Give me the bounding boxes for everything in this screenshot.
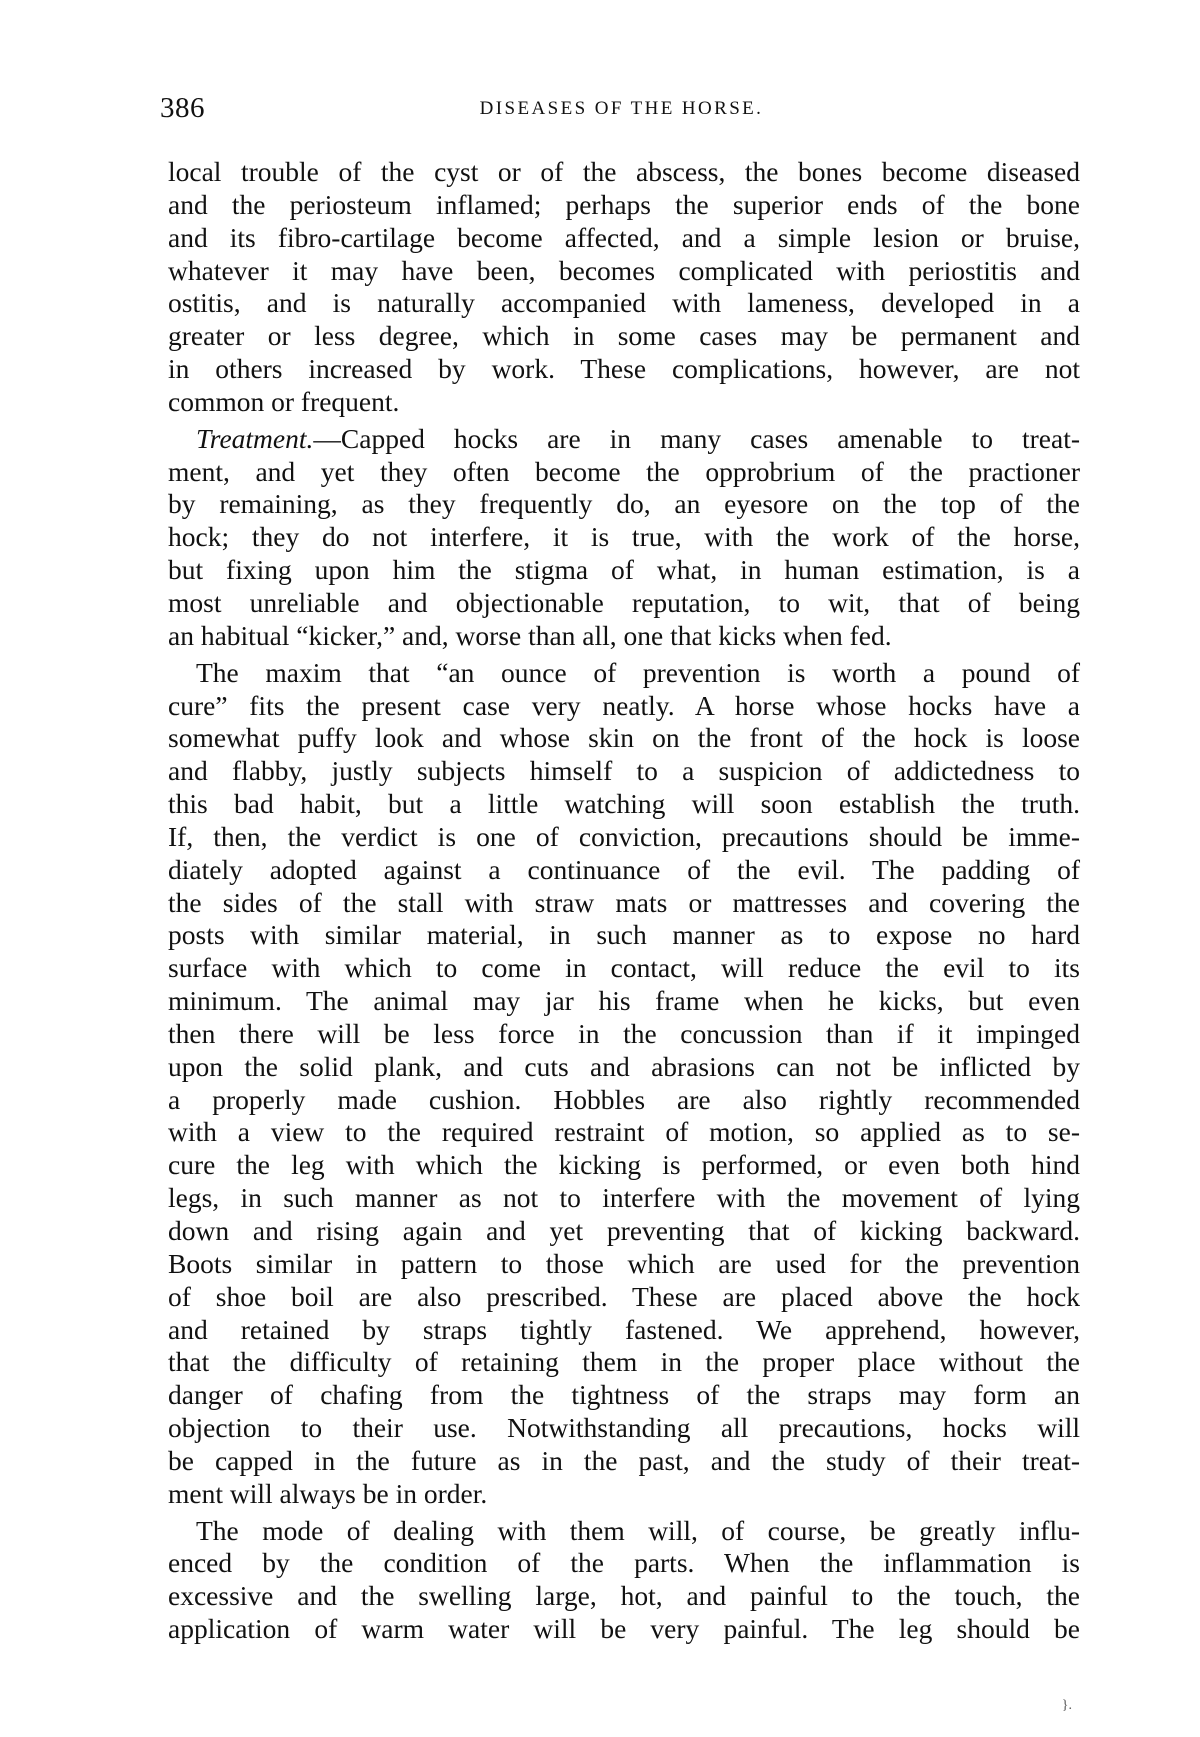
body-text: local trouble of the cyst or of the absc… <box>168 156 1080 1646</box>
text-line: and retained by straps tightly fastened.… <box>168 1314 1080 1347</box>
paragraph-treatment: Treatment.—Capped hocks are in many case… <box>168 423 1080 653</box>
text-line: and flabby, justly subjects himself to a… <box>168 755 1080 788</box>
text-line: and its fibro-cartilage become affected,… <box>168 222 1080 255</box>
text-line: application of warm water will be very p… <box>168 1613 1080 1646</box>
text-line: by remaining, as they frequently do, an … <box>168 488 1080 521</box>
text-line: ostitis, and is naturally accompanied wi… <box>168 287 1080 320</box>
section-lead-italic: Treatment. <box>196 423 313 454</box>
text-line: legs, in such manner as not to interfere… <box>168 1182 1080 1215</box>
text-line: enced by the condition of the parts. Whe… <box>168 1547 1080 1580</box>
text-line: most unreliable and objectionable reputa… <box>168 587 1080 620</box>
text-line: that the difficulty of retaining them in… <box>168 1346 1080 1379</box>
text-line: the sides of the stall with straw mats o… <box>168 887 1080 920</box>
text-line: surface with which to come in contact, w… <box>168 952 1080 985</box>
paragraph-4: The mode of dealing with them will, of c… <box>168 1515 1080 1646</box>
text-line: objection to their use. Notwithstanding … <box>168 1412 1080 1445</box>
paragraph-1: local trouble of the cyst or of the absc… <box>168 156 1080 419</box>
text-line: in others increased by work. These compl… <box>168 353 1080 386</box>
text-line: greater or less degree, which in some ca… <box>168 320 1080 353</box>
text-line: ment, and yet they often become the oppr… <box>168 456 1080 489</box>
text-line: cure” fits the present case very neatly.… <box>168 690 1080 723</box>
text-line: but fixing upon him the stigma of what, … <box>168 554 1080 587</box>
text-line: this bad habit, but a little watching wi… <box>168 788 1080 821</box>
text-line: somewhat puffy look and whose skin on th… <box>168 722 1080 755</box>
text-line: then there will be less force in the con… <box>168 1018 1080 1051</box>
text-line: local trouble of the cyst or of the absc… <box>168 156 1080 189</box>
text-line: The maxim that “an ounce of prevention i… <box>168 657 1080 690</box>
text-line: The mode of dealing with them will, of c… <box>168 1515 1080 1548</box>
scan-edge-mark: }. <box>1062 1698 1072 1714</box>
text-line: of shoe boil are also prescribed. These … <box>168 1281 1080 1314</box>
book-page: 386 DISEASES OF THE HORSE. local trouble… <box>0 0 1200 1737</box>
text-line: danger of chafing from the tightness of … <box>168 1379 1080 1412</box>
text-line: diately adopted against a continuance of… <box>168 854 1080 887</box>
text-line: excessive and the swelling large, hot, a… <box>168 1580 1080 1613</box>
paragraph-3: The maxim that “an ounce of prevention i… <box>168 657 1080 1511</box>
text-line: with a view to the required restraint of… <box>168 1116 1080 1149</box>
text-line: be capped in the future as in the past, … <box>168 1445 1080 1478</box>
text-line: an habitual “kicker,” and, worse than al… <box>168 620 1080 653</box>
text-line: and the periosteum inflamed; perhaps the… <box>168 189 1080 222</box>
text-line: minimum. The animal may jar his frame wh… <box>168 985 1080 1018</box>
text-line: cure the leg with which the kicking is p… <box>168 1149 1080 1182</box>
text-line: down and rising again and yet preventing… <box>168 1215 1080 1248</box>
text-line: If, then, the verdict is one of convicti… <box>168 821 1080 854</box>
text-line: hock; they do not interfere, it is true,… <box>168 521 1080 554</box>
text-line: posts with similar material, in such man… <box>168 919 1080 952</box>
text-line: ment will always be in order. <box>168 1478 1080 1511</box>
text-line: upon the solid plank, and cuts and abras… <box>168 1051 1080 1084</box>
text-line: whatever it may have been, becomes compl… <box>168 255 1080 288</box>
text-line: a properly made cushion. Hobbles are als… <box>168 1084 1080 1117</box>
text-line: Boots similar in pattern to those which … <box>168 1248 1080 1281</box>
text-line: common or frequent. <box>168 386 1080 419</box>
running-title: DISEASES OF THE HORSE. <box>160 98 1083 120</box>
running-head: 386 DISEASES OF THE HORSE. <box>160 92 1083 132</box>
text-line: Treatment.—Capped hocks are in many case… <box>168 423 1080 456</box>
